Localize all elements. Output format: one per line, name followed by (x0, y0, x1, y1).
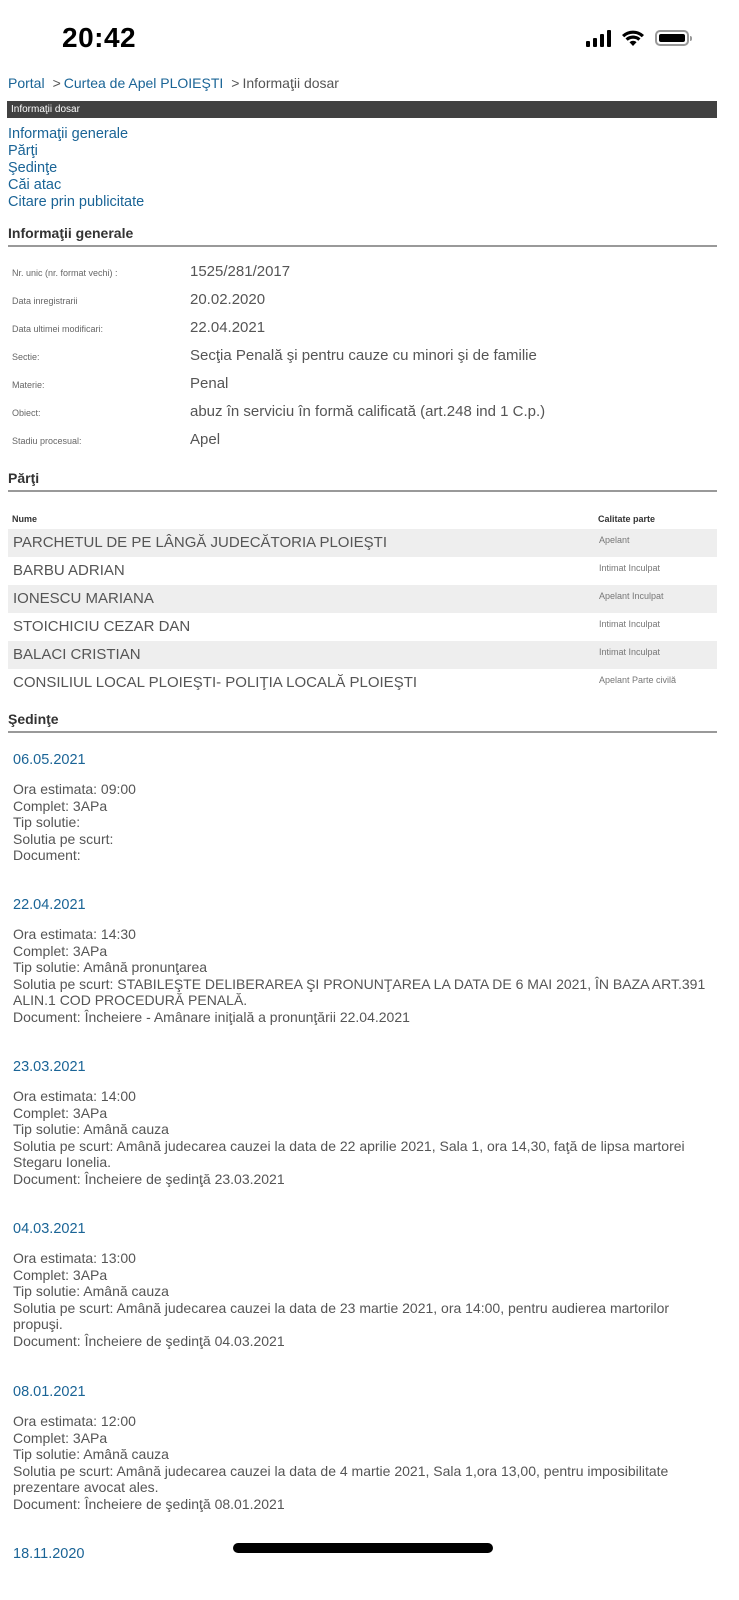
session-detail: Tip solutie: Amână cauza (13, 1121, 713, 1138)
wifi-icon (621, 29, 645, 47)
column-header-name: Nume (12, 514, 37, 524)
breadcrumb-current: Informaţii dosar (242, 75, 338, 91)
section-title-general: Informaţii generale (8, 225, 717, 247)
party-row: PARCHETUL DE PE LÂNGĂ JUDECĂTORIA PLOIEŞ… (8, 529, 717, 557)
party-row: BALACI CRISTIANIntimat Inculpat (8, 641, 717, 669)
parti-table-header: Nume Calitate parte (12, 514, 712, 524)
session-detail: Tip solutie: Amână cauza (13, 1446, 713, 1463)
info-value: 20.02.2020 (190, 291, 265, 308)
session-detail: Complet: 3APa (13, 1105, 713, 1122)
info-label: Materie: (12, 380, 45, 390)
info-value: abuz în serviciu în formă calificată (ar… (190, 403, 545, 420)
party-row: IONESCU MARIANAApelant Inculpat (8, 585, 717, 613)
session-date-link[interactable]: 08.01.2021 (13, 1384, 713, 1400)
session-date-link[interactable]: 04.03.2021 (13, 1221, 713, 1237)
info-value: Penal (190, 375, 228, 392)
nav-link-cai-atac[interactable]: Căi atac (8, 177, 144, 194)
party-name: CONSILIUL LOCAL PLOIEŞTI- POLIŢIA LOCALĂ… (13, 674, 417, 691)
info-label: Nr. unic (nr. format vechi) : (12, 268, 118, 278)
session-detail: Tip solutie: Amână cauza (13, 1283, 713, 1300)
party-role: Intimat Inculpat (599, 563, 660, 573)
session-detail: Solutia pe scurt: STABILEŞTE DELIBERAREA… (13, 976, 713, 1009)
session-item: 23.03.2021Ora estimata: 14:00Complet: 3A… (13, 1059, 713, 1187)
session-item: 08.01.2021Ora estimata: 12:00Complet: 3A… (13, 1384, 713, 1512)
breadcrumb-separator: > (231, 75, 239, 91)
info-label: Stadiu procesual: (12, 436, 82, 446)
session-detail: Ora estimata: 12:00 (13, 1413, 713, 1430)
session-detail: Document: Încheiere - Amânare iniţială a… (13, 1009, 713, 1026)
session-detail: Document: Încheiere de şedinţă 04.03.202… (13, 1333, 713, 1350)
session-item: 04.03.2021Ora estimata: 13:00Complet: 3A… (13, 1221, 713, 1349)
session-detail: Ora estimata: 14:30 (13, 926, 713, 943)
session-item: 06.05.2021Ora estimata: 09:00Complet: 3A… (13, 752, 713, 864)
session-detail: Complet: 3APa (13, 798, 713, 815)
breadcrumb-portal[interactable]: Portal (8, 75, 45, 91)
section-title-parti: Părţi (8, 470, 717, 492)
session-detail: Solutia pe scurt: Amână judecarea cauzei… (13, 1463, 713, 1496)
info-value: 22.04.2021 (190, 319, 265, 336)
info-value: 1525/281/2017 (190, 263, 290, 280)
session-detail: Solutia pe scurt: Amână judecarea cauzei… (13, 1138, 713, 1171)
session-detail: Tip solutie: (13, 814, 713, 831)
party-role: Apelant Inculpat (599, 591, 664, 601)
session-detail: Ora estimata: 13:00 (13, 1250, 713, 1267)
info-value: Secţia Penală şi pentru cauze cu minori … (190, 347, 537, 364)
session-detail: Ora estimata: 14:00 (13, 1088, 713, 1105)
column-header-role: Calitate parte (598, 514, 655, 524)
info-label: Data inregistrarii (12, 296, 78, 306)
info-row: Materie:Penal (12, 375, 712, 403)
nav-link-citare[interactable]: Citare prin publicitate (8, 194, 144, 211)
nav-link-informatii-generale[interactable]: Informaţii generale (8, 126, 144, 143)
session-detail: Complet: 3APa (13, 1267, 713, 1284)
party-name: STOICHICIU CEZAR DAN (13, 618, 190, 635)
nav-link-sedinte[interactable]: Şedinţe (8, 160, 144, 177)
info-value: Apel (190, 431, 220, 448)
party-row: STOICHICIU CEZAR DANIntimat Inculpat (8, 613, 717, 641)
session-detail: Complet: 3APa (13, 943, 713, 960)
nav-link-parti[interactable]: Părţi (8, 143, 144, 160)
info-row: Nr. unic (nr. format vechi) :1525/281/20… (12, 263, 712, 291)
info-label: Data ultimei modificari: (12, 324, 103, 334)
party-row: BARBU ADRIANIntimat Inculpat (8, 557, 717, 585)
status-time: 20:42 (62, 22, 136, 54)
party-name: BARBU ADRIAN (13, 562, 125, 579)
info-row: Obiect:abuz în serviciu în formă calific… (12, 403, 712, 431)
party-name: IONESCU MARIANA (13, 590, 154, 607)
party-role: Intimat Inculpat (599, 619, 660, 629)
party-role: Intimat Inculpat (599, 647, 660, 657)
session-detail: Document: Încheiere de şedinţă 08.01.202… (13, 1496, 713, 1513)
party-role: Apelant (599, 535, 630, 545)
session-detail: Solutia pe scurt: (13, 831, 713, 848)
info-row: Sectie:Secţia Penală şi pentru cauze cu … (12, 347, 712, 375)
breadcrumb-separator: > (53, 75, 61, 91)
info-row: Data ultimei modificari:22.04.2021 (12, 319, 712, 347)
session-item: 22.04.2021Ora estimata: 14:30Complet: 3A… (13, 897, 713, 1025)
session-date-link[interactable]: 06.05.2021 (13, 752, 713, 768)
info-label: Obiect: (12, 408, 41, 418)
section-title-sedinte: Şedinţe (8, 711, 717, 733)
status-bar: 20:42 (0, 0, 739, 76)
info-label: Sectie: (12, 352, 40, 362)
battery-icon (655, 30, 689, 46)
home-indicator[interactable] (233, 1543, 493, 1553)
session-detail: Solutia pe scurt: Amână judecarea cauzei… (13, 1300, 713, 1333)
party-name: PARCHETUL DE PE LÂNGĂ JUDECĂTORIA PLOIEŞ… (13, 534, 387, 551)
session-detail: Complet: 3APa (13, 1430, 713, 1447)
session-detail: Document: (13, 847, 713, 864)
cellular-signal-icon (586, 29, 611, 47)
party-name: BALACI CRISTIAN (13, 646, 141, 663)
session-detail: Ora estimata: 09:00 (13, 781, 713, 798)
header-bar: Informaţii dosar (7, 101, 717, 118)
section-nav: Informaţii generale Părţi Şedinţe Căi at… (8, 126, 144, 211)
session-date-link[interactable]: 23.03.2021 (13, 1059, 713, 1075)
party-role: Apelant Parte civilă (599, 675, 676, 685)
breadcrumb: Portal>Curtea de Apel PLOIEŞTI>Informaţi… (8, 75, 339, 91)
info-row: Stadiu procesual:Apel (12, 431, 712, 459)
session-detail: Tip solutie: Amână pronunţarea (13, 959, 713, 976)
session-detail: Document: Încheiere de şedinţă 23.03.202… (13, 1171, 713, 1188)
breadcrumb-court[interactable]: Curtea de Apel PLOIEŞTI (64, 75, 224, 91)
party-row: CONSILIUL LOCAL PLOIEŞTI- POLIŢIA LOCALĂ… (8, 669, 717, 697)
session-date-link[interactable]: 22.04.2021 (13, 897, 713, 913)
info-row: Data inregistrarii20.02.2020 (12, 291, 712, 319)
